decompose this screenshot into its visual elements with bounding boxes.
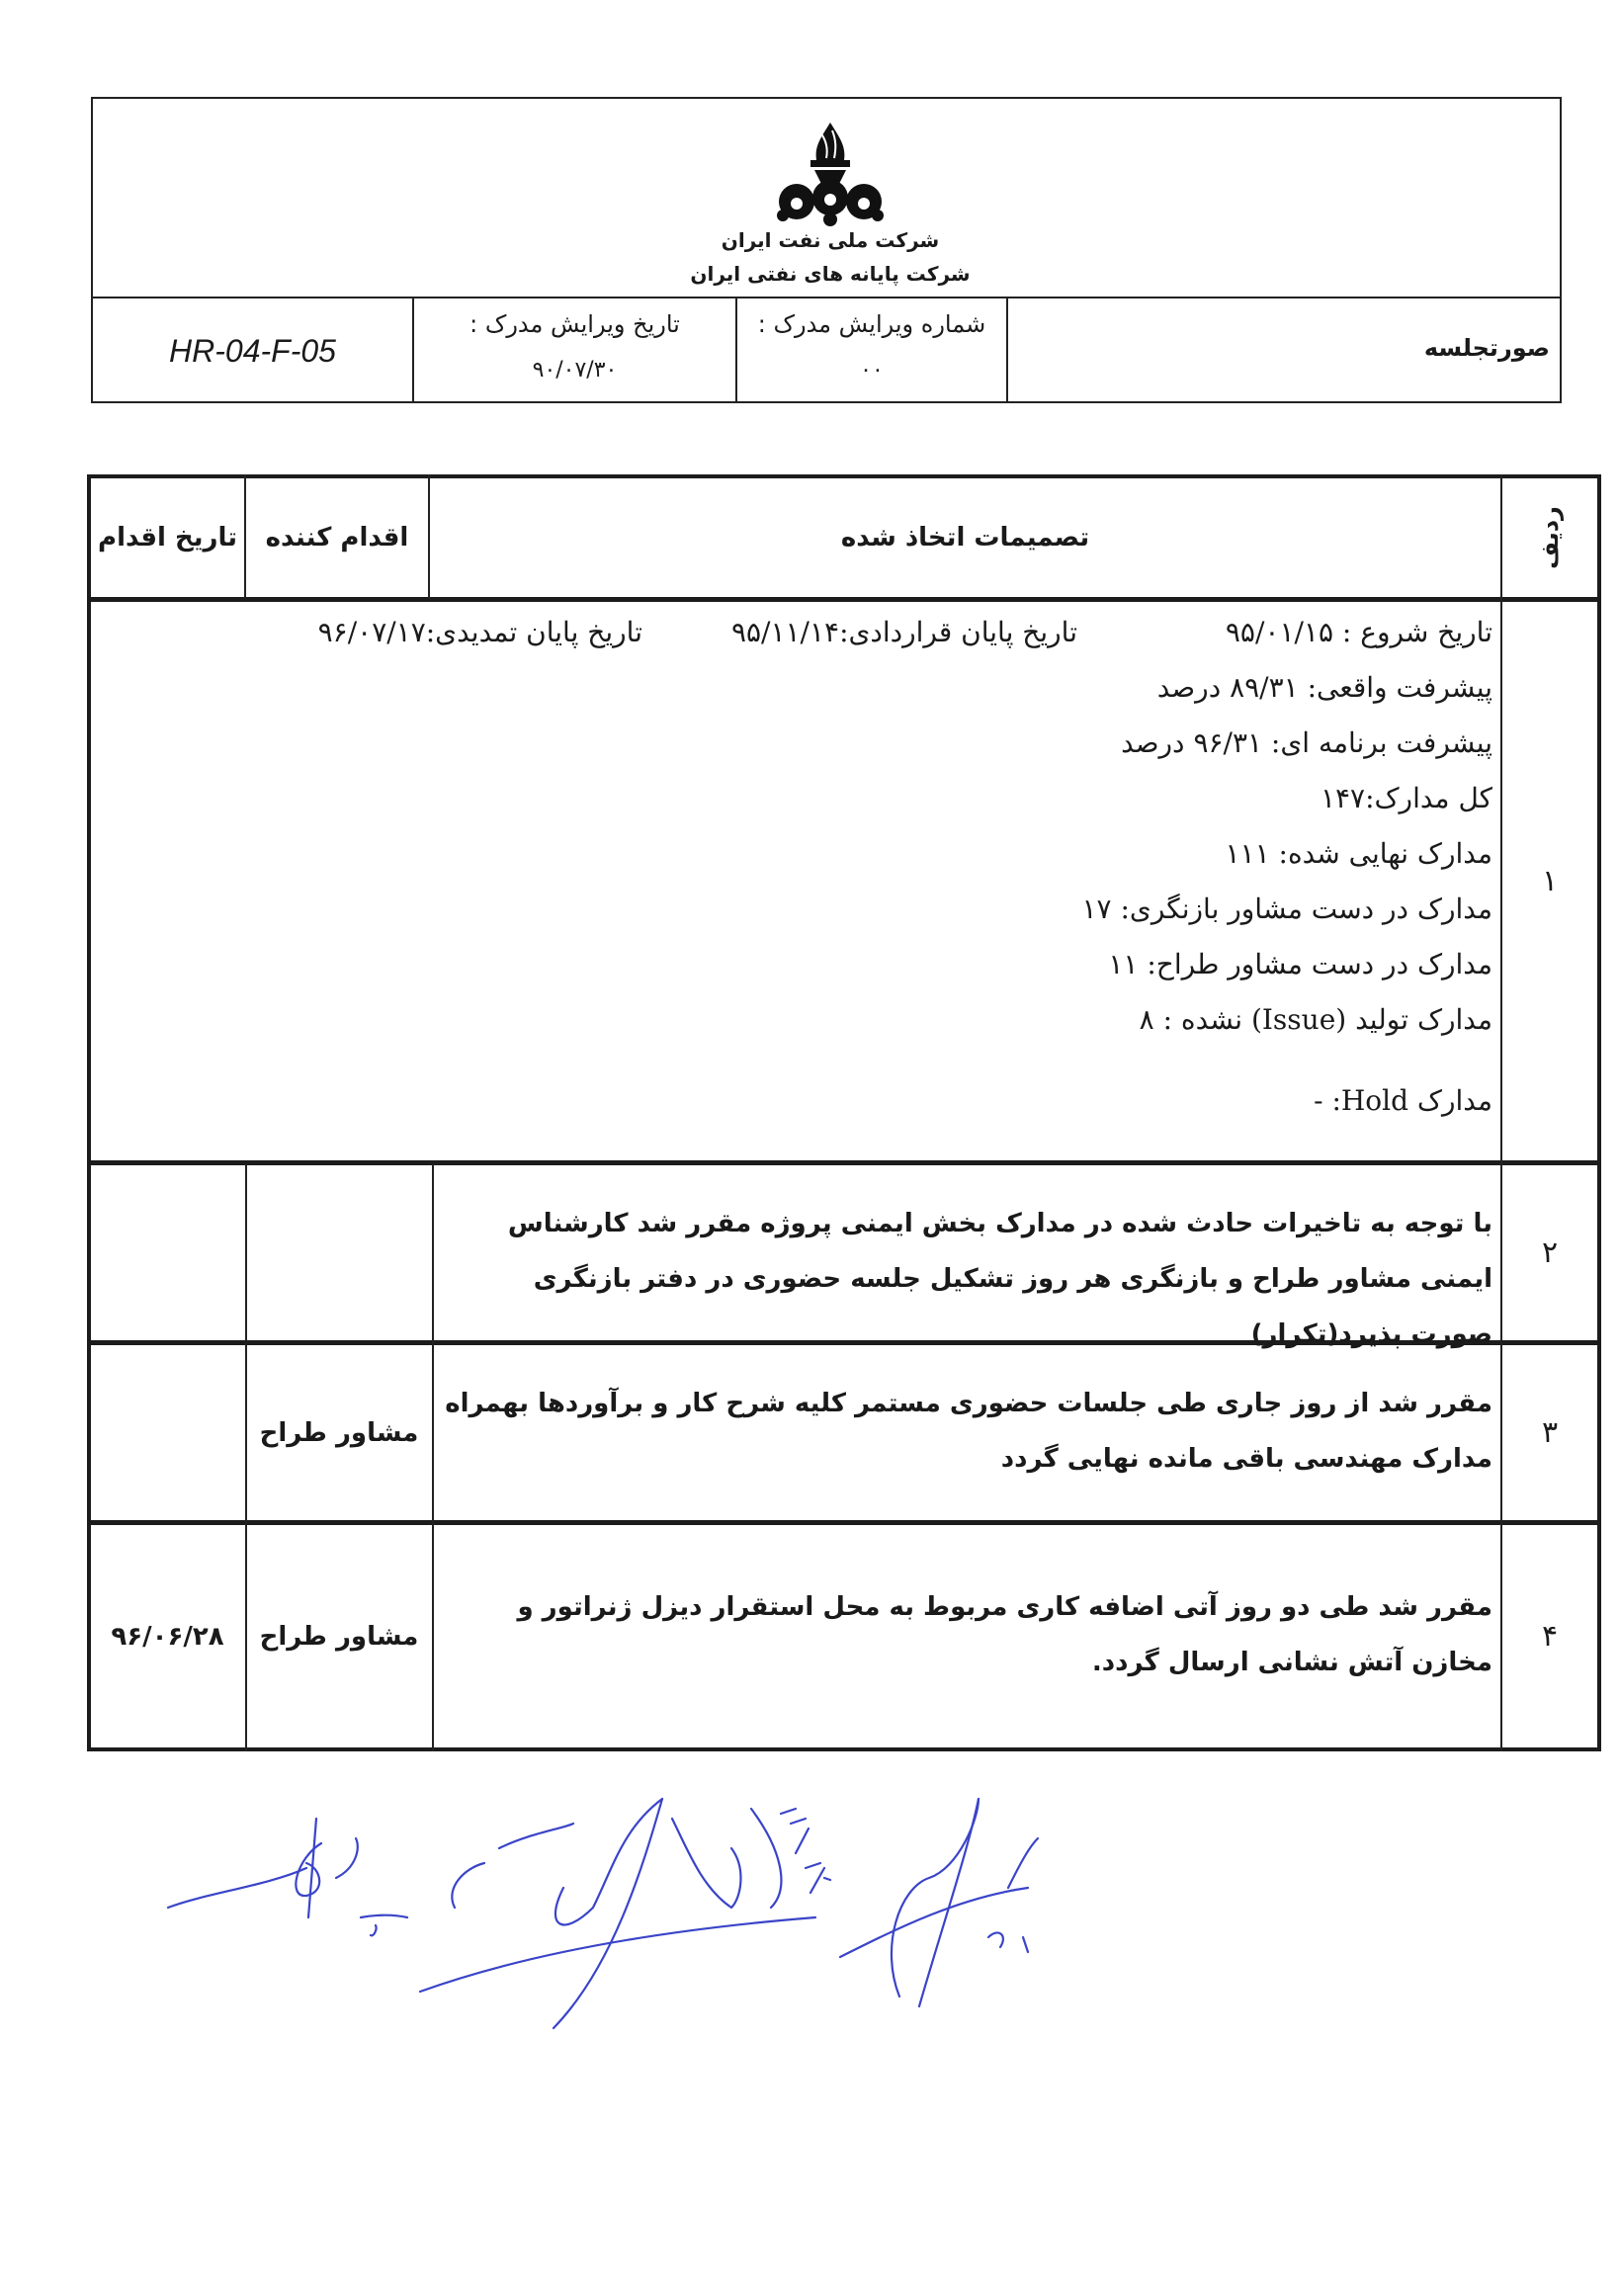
signature-3-icon (840, 1799, 1038, 2006)
decision-text: مقرر شد از روز جاری طی جلسات حضوری مستمر… (445, 1376, 1492, 1494)
nioc-logo-icon (771, 121, 890, 229)
signature-area (148, 1769, 1137, 2036)
finalized-documents: مدارک نهایی شده: ۱۱۱ (692, 826, 1492, 882)
signature-1-icon (168, 1819, 407, 1935)
action-date-cell: ۹۶/۰۶/۲۸ (91, 1525, 244, 1747)
responsible-cell: مشاور طراح (247, 1345, 431, 1520)
header-divider (91, 297, 1562, 298)
documents-on-hold: مدارک Hold: - (692, 1073, 1492, 1129)
planned-progress: پیشرفت برنامه ای: ۹۶/۳۱ درصد (692, 716, 1492, 771)
extended-end-date: تاریخ پایان تمدیدی:۹۶/۰۷/۱۷ (247, 605, 642, 660)
revision-date-label: تاریخ ویرایش مدرک : (414, 302, 735, 346)
total-documents: کل مدارک:۱۴۷ (692, 771, 1492, 826)
row-number: ۱ (1502, 602, 1597, 1160)
row-number: ۳ (1502, 1345, 1597, 1520)
documents-with-design-consultant: مدارک در دست مشاور طراح: ۱۱ (692, 937, 1492, 992)
responsible-cell: مشاور طراح (247, 1525, 431, 1747)
col-divider (432, 1164, 434, 1751)
document-code: HR-04-F-05 (93, 326, 412, 376)
company-name: شرکت ملی نفت ایران (633, 225, 1028, 255)
col-header-responsible: اقدام کننده (246, 478, 428, 597)
row-separator (87, 597, 1601, 602)
contract-end-date: تاریخ پایان قراردادی:۹۵/۱۱/۱۴ (633, 605, 1077, 660)
decision-text: با توجه به تاخیرات حادث شده در مدارک بخش… (445, 1196, 1492, 1315)
decision-text: مقرر شد طی دو روز آتی اضافه کاری مربوط ب… (445, 1579, 1492, 1698)
col-header-row-no-label: ردیف (1536, 506, 1564, 569)
col-header-decisions: تصمیمات اتخاذ شده (430, 478, 1500, 597)
col-header-action-date: تاریخ اقدام (91, 478, 244, 597)
row-number: ۲ (1502, 1165, 1597, 1340)
col-header-row-no: ردیف (1502, 478, 1597, 597)
action-date-cell (91, 1345, 244, 1520)
signature-2-icon (420, 1799, 815, 2028)
responsible-cell (247, 1165, 431, 1340)
revision-number-value: ۰۰ (737, 348, 1006, 391)
subsidiary-name: شرکت پایانه های نفتی ایران (633, 259, 1028, 289)
signature-date-icon (781, 1809, 830, 1893)
revision-number-label: شماره ویرایش مدرک : (737, 302, 1006, 346)
revision-date-value: ۹۰/۰۷/۳۰ (414, 348, 735, 391)
documents-not-issued: مدارک تولید (Issue) نشده : ۸ (692, 992, 1492, 1048)
action-date-cell (91, 1165, 244, 1340)
start-date: تاریخ شروع : ۹۵/۰۱/۱۵ (1087, 605, 1492, 660)
documents-with-review-consultant: مدارک در دست مشاور بازنگری: ۱۷ (692, 882, 1492, 937)
form-title: صورتجلسه (1008, 328, 1550, 368)
actual-progress: پیشرفت واقعی: ۸۹/۳۱ درصد (692, 660, 1492, 716)
row-number: ۴ (1502, 1525, 1597, 1747)
